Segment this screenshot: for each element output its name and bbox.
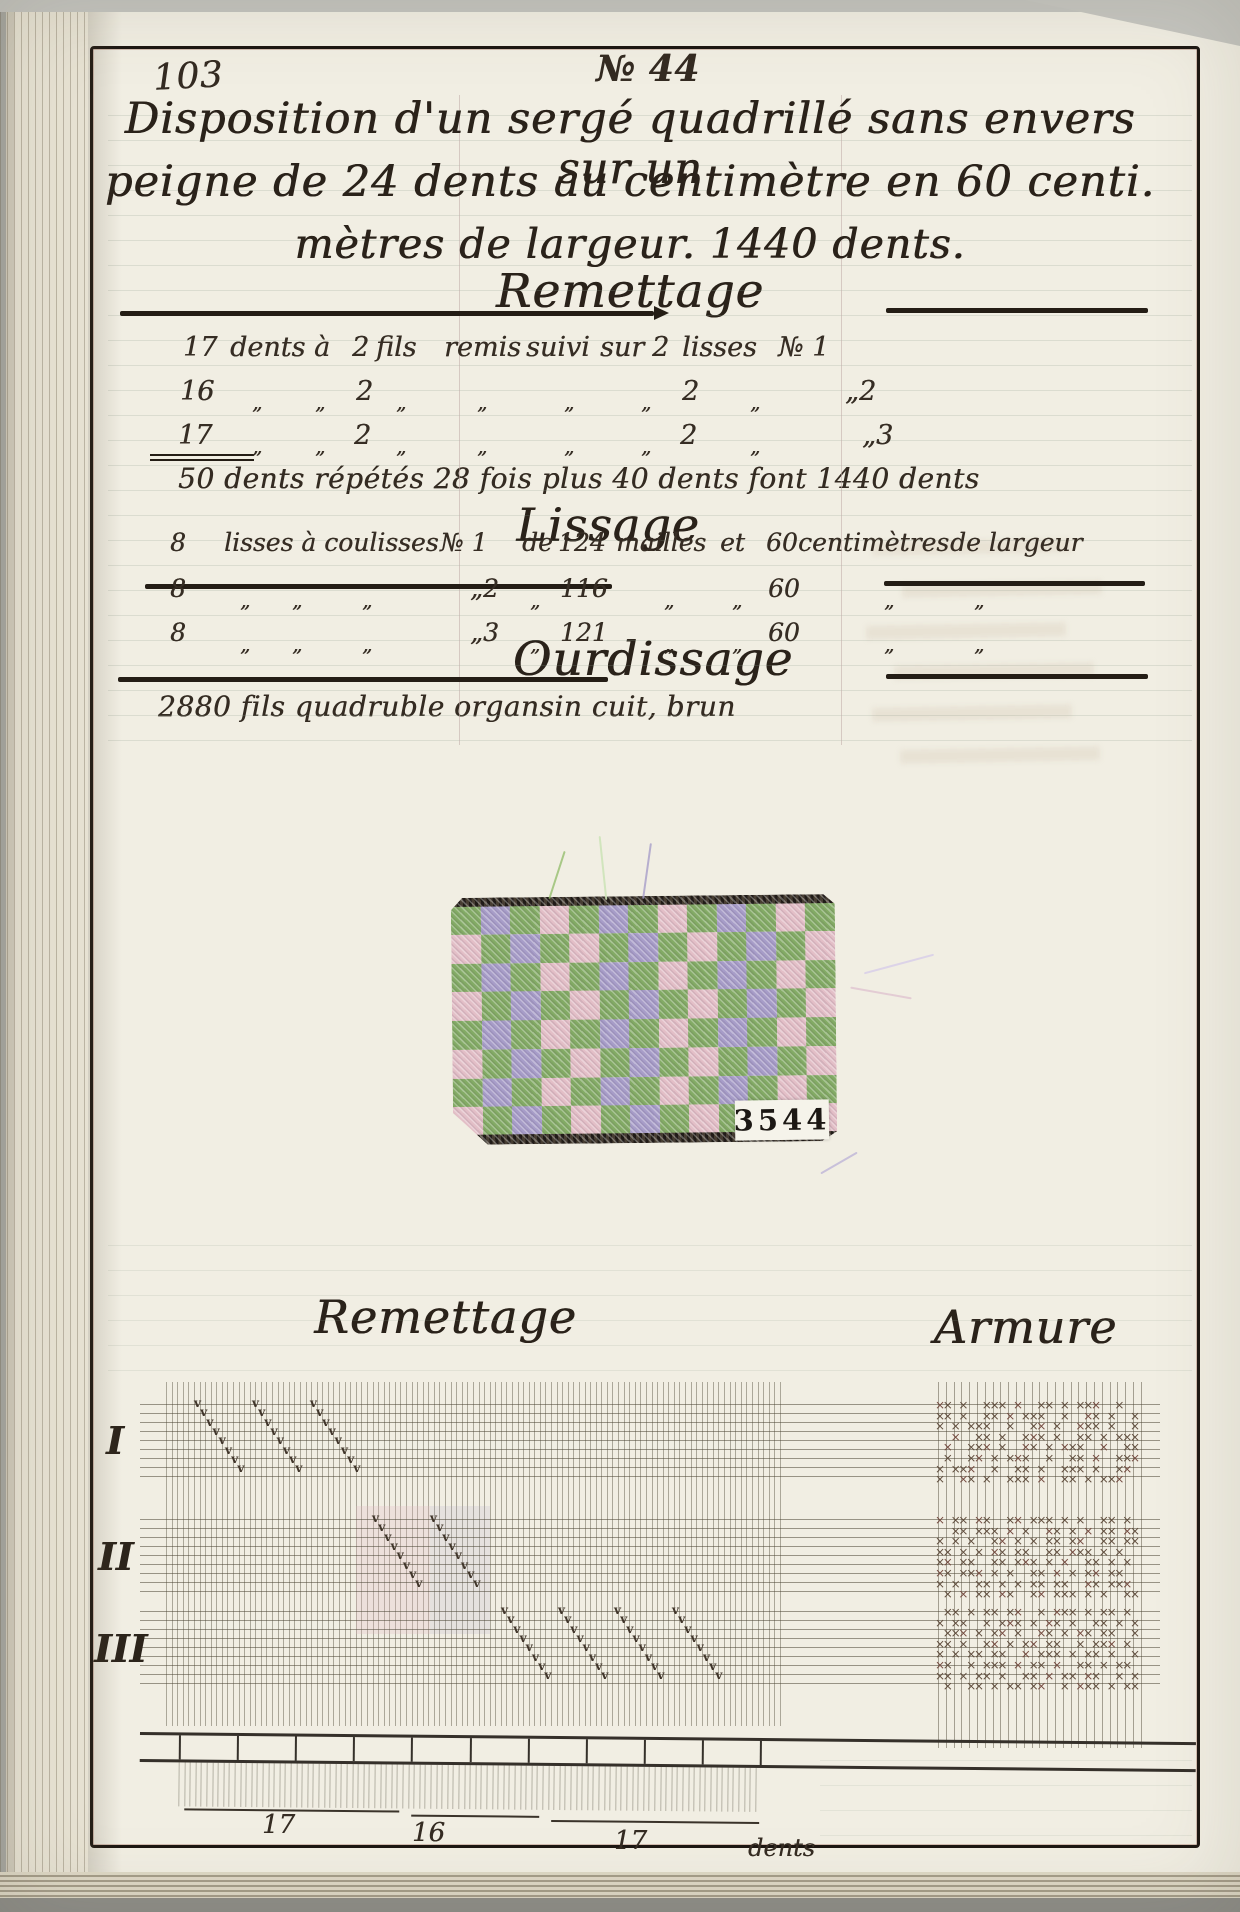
handwritten-cell: „ [564, 390, 574, 414]
swatch-square [599, 962, 629, 992]
reed-divider [179, 1735, 181, 1759]
heddle-mark: v [415, 1576, 422, 1590]
grid-line [329, 1764, 330, 1808]
grid-line [660, 1767, 661, 1811]
grid-line [649, 1767, 650, 1811]
swatch-square [746, 931, 776, 961]
swatch-square [598, 904, 628, 934]
weave-mark: × [1005, 1587, 1015, 1601]
heddle-mark: v [715, 1668, 722, 1682]
swatch-square [570, 962, 600, 992]
grid-line [643, 1767, 644, 1811]
swatch-square [601, 1105, 631, 1135]
rule-bar [118, 677, 608, 682]
grid-line [240, 1763, 241, 1807]
rule-bar [886, 674, 1148, 679]
grid-line [268, 1763, 269, 1807]
grid-line [419, 1765, 420, 1809]
swatch-square [451, 934, 481, 964]
grid-line [553, 1766, 554, 1810]
grid-line [492, 1765, 493, 1809]
grid-line [559, 1766, 560, 1810]
grid-line [223, 1763, 224, 1807]
swatch-square [570, 1019, 600, 1049]
grid-line [576, 1766, 577, 1810]
grid-line [262, 1763, 263, 1807]
handwritten-cell: „ [884, 632, 894, 656]
swatch-square [630, 1076, 660, 1106]
grid-line [727, 1768, 728, 1812]
handwritten-cell: centimètres [798, 528, 949, 557]
swatch-square [570, 991, 600, 1021]
grid-line [503, 1765, 504, 1809]
swatch-square [480, 905, 510, 935]
swatch-square [658, 990, 688, 1020]
grid-line [352, 1764, 353, 1808]
swatch-square [510, 905, 540, 935]
swatch-square [571, 1077, 601, 1107]
grid-line [604, 1766, 605, 1810]
swatch-square [777, 1046, 807, 1076]
grid-line [710, 1767, 711, 1811]
heddle-mark: v [473, 1576, 480, 1590]
grid-line [217, 1763, 218, 1807]
grid-line [178, 1762, 179, 1806]
grid-line [587, 1766, 588, 1810]
weave-mark: × [1060, 1679, 1070, 1693]
swatch-square [806, 931, 836, 961]
reed-divider [528, 1739, 530, 1763]
swatch-square [451, 963, 481, 993]
weave-mark: × [1130, 1679, 1140, 1693]
grid-line [531, 1766, 532, 1810]
reed-divider [237, 1736, 239, 1760]
grid-line [621, 1767, 622, 1811]
handwritten-cell: mailles [616, 528, 706, 557]
heddle-mark: v [657, 1668, 664, 1682]
handwritten-cell: „ [292, 588, 302, 612]
grid-line [671, 1767, 672, 1811]
swatch-square [777, 1017, 807, 1047]
handwritten-cell: remis [444, 332, 521, 363]
grid-line [307, 1764, 308, 1808]
swatch-square [807, 1046, 837, 1076]
handwritten-cell: „ [974, 588, 984, 612]
grid-line [688, 1767, 689, 1811]
grid-line [385, 1764, 386, 1808]
reed-divider [411, 1738, 413, 1762]
book-photograph: 103 № 44 Disposition d'un sergé quadrill… [0, 0, 1240, 1912]
swatch-square [659, 1047, 689, 1077]
grid-line [408, 1765, 409, 1809]
swatch-square [542, 1106, 572, 1136]
grid-line [615, 1767, 616, 1811]
grid-line [402, 1765, 403, 1809]
handwritten-cell: 2 [652, 332, 669, 363]
handwritten-cell: 17 [178, 420, 212, 451]
weave-mark: × [958, 1587, 968, 1601]
swatch-square [806, 1017, 836, 1047]
book-page-edges-left [0, 0, 88, 1912]
swatch-square [658, 961, 688, 991]
grid-line [380, 1764, 381, 1808]
grid-line [341, 1764, 342, 1808]
handwritten-cell: „ [530, 632, 540, 656]
grid-line [245, 1763, 246, 1807]
swatch-square [746, 903, 776, 933]
handwritten-cell: 8 [170, 574, 186, 603]
handwritten-cell: lisses [682, 332, 757, 363]
handwritten-cell: „ [315, 390, 325, 414]
rule-bar [886, 308, 1148, 313]
handwritten-cell: 2 [682, 376, 699, 407]
swatch-square [541, 1049, 571, 1079]
swatch-square [806, 988, 836, 1018]
swatch-square [600, 1077, 630, 1107]
grid-line [346, 1764, 347, 1808]
swatch-square [511, 1020, 541, 1050]
handwritten-cell: „ [240, 588, 250, 612]
handwritten-cell: 2 [352, 332, 369, 363]
grid-line [324, 1764, 325, 1808]
grid-line [609, 1767, 610, 1811]
swatch-square [748, 1046, 778, 1076]
swatch-square [688, 961, 718, 991]
weave-mark: × [1036, 1587, 1046, 1601]
grid-line [201, 1763, 202, 1807]
grid-line [755, 1768, 756, 1812]
weave-mark: × [1021, 1472, 1031, 1486]
underline [150, 459, 254, 461]
swatch-square [776, 902, 806, 932]
grid-line [436, 1765, 437, 1809]
dents-label: dents [748, 1834, 815, 1862]
swatch-square [600, 1019, 630, 1049]
swatch-square [511, 1049, 541, 1079]
weave-mark: × [1130, 1587, 1140, 1601]
handwritten-cell: 60 [768, 574, 800, 603]
swatch-square [659, 1076, 689, 1106]
weave-mark: × [1130, 1534, 1140, 1548]
handwritten-cell: „3 [862, 420, 893, 451]
reed-divider [470, 1738, 472, 1762]
grid-line [425, 1765, 426, 1809]
handwritten-cell: „ [530, 588, 540, 612]
reed-divider [644, 1740, 646, 1764]
swatch-square [776, 960, 806, 990]
grid-line [548, 1766, 549, 1810]
grid-line [374, 1764, 375, 1808]
swatch-square [717, 960, 747, 990]
handwritten-cell: „2 [845, 376, 876, 407]
count-bracket [551, 1820, 759, 1824]
rule-bar [120, 311, 654, 316]
handwritten-cell: dents [230, 332, 305, 363]
swatch-square [539, 905, 569, 935]
grid-line [296, 1764, 297, 1808]
handwritten-cell: 116 [560, 574, 608, 603]
swatch-square [541, 1020, 571, 1050]
grid-line [509, 1766, 510, 1810]
handwritten-cell: 2 [680, 420, 697, 451]
underline [150, 454, 254, 456]
grid-line [481, 1765, 482, 1809]
grid-line [458, 1765, 459, 1809]
handwritten-cell: 2 [356, 376, 373, 407]
handwritten-cell: 121 [560, 618, 608, 647]
grid-line [397, 1764, 398, 1808]
swatch-square [482, 1078, 512, 1108]
swatch-square [747, 960, 777, 990]
grid-line [301, 1764, 302, 1808]
swatch-square [628, 904, 658, 934]
handwritten-cell: „ [732, 588, 742, 612]
swatch-square [481, 934, 511, 964]
swatch-square [512, 1078, 542, 1108]
heddle-mark: v [353, 1461, 360, 1475]
handwritten-cell: „ [396, 390, 406, 414]
grid-line [391, 1764, 392, 1808]
swatch-square [451, 906, 481, 936]
weave-mark: × [974, 1679, 984, 1693]
swatch-square [687, 903, 717, 933]
grid-line [677, 1767, 678, 1811]
swatch-square [806, 959, 836, 989]
grid-line [234, 1763, 235, 1807]
handwritten-cell: 124 [558, 528, 606, 557]
rule-bar [145, 584, 612, 589]
page-gutter-shadow [88, 0, 122, 1912]
handwritten-cell: „3 [470, 618, 499, 647]
weave-mark: × [1036, 1472, 1046, 1486]
handwritten-cell: „ [315, 434, 325, 458]
grid-line [189, 1762, 190, 1806]
reed-count-3: 17 [614, 1826, 647, 1856]
handwritten-cell: „ [477, 390, 487, 414]
handwritten-cell: de [522, 528, 553, 557]
weave-mark: × [1099, 1587, 1109, 1601]
grid-line [699, 1767, 700, 1811]
reed-divider [702, 1740, 704, 1764]
handwritten-cell: „ [362, 632, 372, 656]
rule-bar [884, 581, 1145, 586]
swatch-square [689, 1047, 719, 1077]
handwritten-cell: „ [641, 390, 651, 414]
swatch-square [688, 989, 718, 1019]
swatch-square [629, 990, 659, 1020]
grid-line [570, 1766, 571, 1810]
swatch-square [687, 932, 717, 962]
handwritten-cell: „ [750, 390, 760, 414]
swatch-square [540, 991, 570, 1021]
swatch-square [599, 933, 629, 963]
swatch-square [540, 962, 570, 992]
handwritten-cell: fils [376, 332, 417, 363]
grid-line [514, 1766, 515, 1810]
handwritten-cell: „ [292, 632, 302, 656]
swatch-square [511, 991, 541, 1021]
grid-line [525, 1766, 526, 1810]
page-corner-curl [1025, 0, 1240, 46]
grid-line [705, 1767, 706, 1811]
swatch-square [453, 1078, 483, 1108]
swatch-square [718, 989, 748, 1019]
handwritten-cell: 60 [766, 528, 798, 557]
rule-bar-arrow [654, 306, 669, 320]
grid-line [693, 1767, 694, 1811]
handwritten-cell: „ [240, 632, 250, 656]
sample-number-tag: 3544 [735, 1099, 830, 1140]
weave-mark: × [1068, 1587, 1078, 1601]
weave-mark: × [1068, 1472, 1078, 1486]
reed-rail [140, 1759, 1196, 1772]
grid-line [716, 1768, 717, 1812]
heddle-mark: v [601, 1668, 608, 1682]
heddle-mark: v [544, 1668, 551, 1682]
weave-mark: × [943, 1587, 953, 1601]
handwritten-cell: lisses à coulisses [224, 528, 439, 557]
grid-line [682, 1767, 683, 1811]
background-bottom [0, 1898, 1240, 1912]
weave-mark: × [935, 1513, 945, 1527]
swatch-square [481, 992, 511, 1022]
handwritten-cell: „ [750, 434, 760, 458]
grid-line [273, 1763, 274, 1807]
swatch-square [718, 1018, 748, 1048]
grid-line [285, 1763, 286, 1807]
handwritten-cell: „ [396, 434, 406, 458]
grid-line [721, 1768, 722, 1812]
book-page-edges-bottom [0, 1872, 1240, 1898]
grid-line [637, 1767, 638, 1811]
weave-mark: × [1083, 1472, 1093, 1486]
handwritten-cell: „ [664, 632, 674, 656]
weave-mark: × [982, 1472, 992, 1486]
grid-line [598, 1766, 599, 1810]
weave-mark: × [943, 1679, 953, 1693]
swatch-square [600, 1048, 630, 1078]
grid-line [290, 1763, 291, 1807]
grid-line [229, 1763, 230, 1807]
page-title-3: mètres de largeur. 1440 dents. [100, 220, 1160, 268]
grid-line [441, 1765, 442, 1809]
weave-mark: × [1107, 1679, 1117, 1693]
grid-line [357, 1764, 358, 1808]
weave-mark: × [982, 1587, 992, 1601]
grid-line [593, 1766, 594, 1810]
grid-line [497, 1765, 498, 1809]
grid-line [749, 1768, 750, 1812]
reed-count-2: 16 [412, 1818, 445, 1848]
weave-mark: × [966, 1472, 976, 1486]
swatch-square [747, 989, 777, 1019]
sample-number: 3544 [733, 1102, 830, 1137]
swatch-square [571, 1106, 601, 1136]
weave-mark: × [935, 1472, 945, 1486]
grid-line [744, 1768, 745, 1812]
grid-line [212, 1763, 213, 1807]
grid-line [733, 1768, 734, 1812]
grid-line [369, 1764, 370, 1808]
grid-line [486, 1765, 487, 1809]
swatch-square [569, 904, 599, 934]
weave-mark: × [1083, 1587, 1093, 1601]
handwritten-cell: „2 [470, 574, 499, 603]
handwritten-cell: et [720, 528, 745, 557]
handwritten-cell: „ [564, 434, 574, 458]
heddle-mark: v [237, 1461, 244, 1475]
handwritten-cell: 2 [354, 420, 371, 451]
handwritten-cell: № 1 [440, 528, 488, 557]
swatch-square [452, 992, 482, 1022]
grid-line [335, 1764, 336, 1808]
grid-line [537, 1766, 538, 1810]
swatch-square [747, 1018, 777, 1048]
reed-diagram [139, 1732, 1196, 1852]
grid-line [447, 1765, 448, 1809]
handwritten-cell: „ [362, 588, 372, 612]
swatch-square [628, 933, 658, 963]
swatch-square [630, 1105, 660, 1135]
swatch-square [482, 1107, 512, 1137]
grid-line [565, 1766, 566, 1810]
swatch-square [482, 1020, 512, 1050]
handwritten-cell: № 1 [778, 332, 829, 363]
grid-line [363, 1764, 364, 1808]
handwritten-cell: 17 [183, 332, 217, 363]
swatch-square [599, 990, 629, 1020]
handwritten-cell: „ [664, 588, 674, 612]
reed-count-1: 17 [262, 1810, 295, 1840]
grid-line [469, 1765, 470, 1809]
grid-line [195, 1763, 196, 1807]
handwritten-cell: sur [600, 332, 644, 363]
handwritten-cell: suivi [526, 332, 590, 363]
grid-line [206, 1763, 207, 1807]
grid-line [542, 1766, 543, 1810]
reed-divider [760, 1741, 762, 1765]
grid-line [665, 1767, 666, 1811]
swatch-square [510, 934, 540, 964]
weave-mark: × [990, 1679, 1000, 1693]
reed-divider [353, 1737, 355, 1761]
swatch-square [541, 1077, 571, 1107]
weave-mark: × [1091, 1679, 1101, 1693]
swatch-square [452, 1049, 482, 1079]
grid-line [251, 1763, 252, 1807]
handwritten-cell: „ [252, 434, 262, 458]
grid-line [257, 1763, 258, 1807]
title-line-2: peigne de 24 dents au centimètre en 60 c… [100, 157, 1160, 207]
handwritten-cell: „ [732, 632, 742, 656]
heddle-mark: v [295, 1461, 302, 1475]
grid-line [654, 1767, 655, 1811]
swatch-square [629, 961, 659, 991]
grid-line [413, 1765, 414, 1809]
swatch-square [512, 1106, 542, 1136]
page-title-2: peigne de 24 dents au centimètre en 60 c… [100, 157, 1160, 207]
grid-line [184, 1762, 185, 1806]
swatch-square [717, 932, 747, 962]
swatch-square [660, 1105, 690, 1135]
swatch-square [482, 1049, 512, 1079]
swatch-square [569, 933, 599, 963]
handwritten-cell: 8 [170, 618, 186, 647]
handwritten-cell: „ [974, 632, 984, 656]
swatch-square [688, 1018, 718, 1048]
reed-divider [295, 1736, 297, 1760]
handwritten-cell: „ [477, 434, 487, 458]
